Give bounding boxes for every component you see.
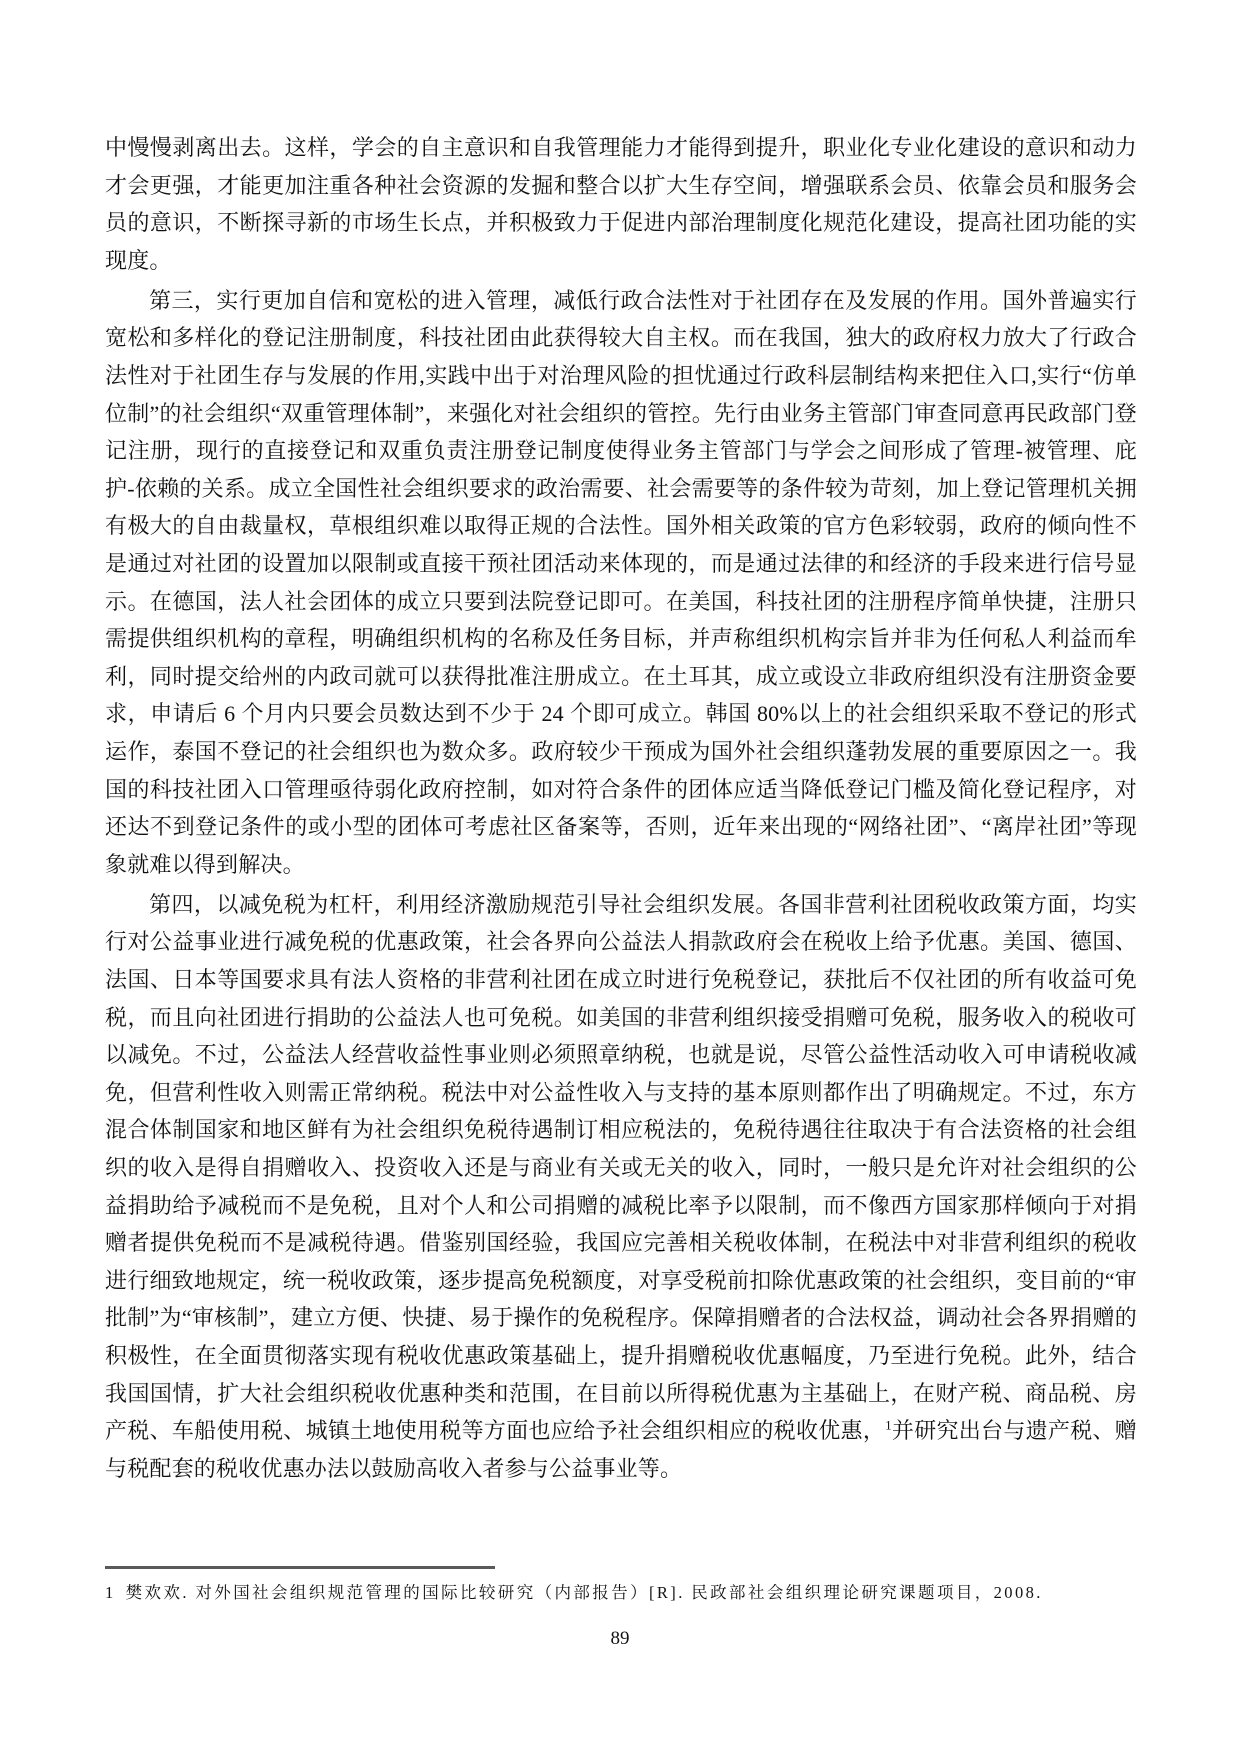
footnote-reference: 1	[885, 1418, 892, 1433]
footnote-area: 1樊欢欢. 对外国社会组织规范管理的国际比较研究（内部报告）[R]. 民政部社会…	[105, 1566, 1137, 1605]
body-text: 中慢慢剥离出去。这样，学会的自主意识和自我管理能力才能得到提升，职业化专业化建设…	[105, 129, 1137, 1490]
document-page: 中慢慢剥离出去。这样，学会的自主意识和自我管理能力才能得到提升，职业化专业化建设…	[0, 0, 1240, 1753]
footnote-body: 樊欢欢. 对外国社会组织规范管理的国际比较研究（内部报告）[R]. 民政部社会组…	[126, 1583, 1043, 1602]
paragraph-point-three: 第三，实行更加自信和宽松的进入管理，减低行政合法性对于社团存在及发展的作用。国外…	[105, 282, 1137, 884]
footnote-text: 1樊欢欢. 对外国社会组织规范管理的国际比较研究（内部报告）[R]. 民政部社会…	[105, 1581, 1137, 1605]
paragraph-text: 第四，以减免税为杠杆，利用经济激励规范引导社会组织发展。各国非营利社团税收政策方…	[105, 892, 1137, 1443]
page-number: 89	[0, 1628, 1240, 1650]
footnote-number: 1	[105, 1583, 116, 1602]
paragraph-point-four: 第四，以减免税为杠杆，利用经济激励规范引导社会组织发展。各国非营利社团税收政策方…	[105, 886, 1137, 1488]
paragraph-continuation: 中慢慢剥离出去。这样，学会的自主意识和自我管理能力才能得到提升，职业化专业化建设…	[105, 129, 1137, 279]
footnote-separator-rule	[105, 1566, 495, 1569]
